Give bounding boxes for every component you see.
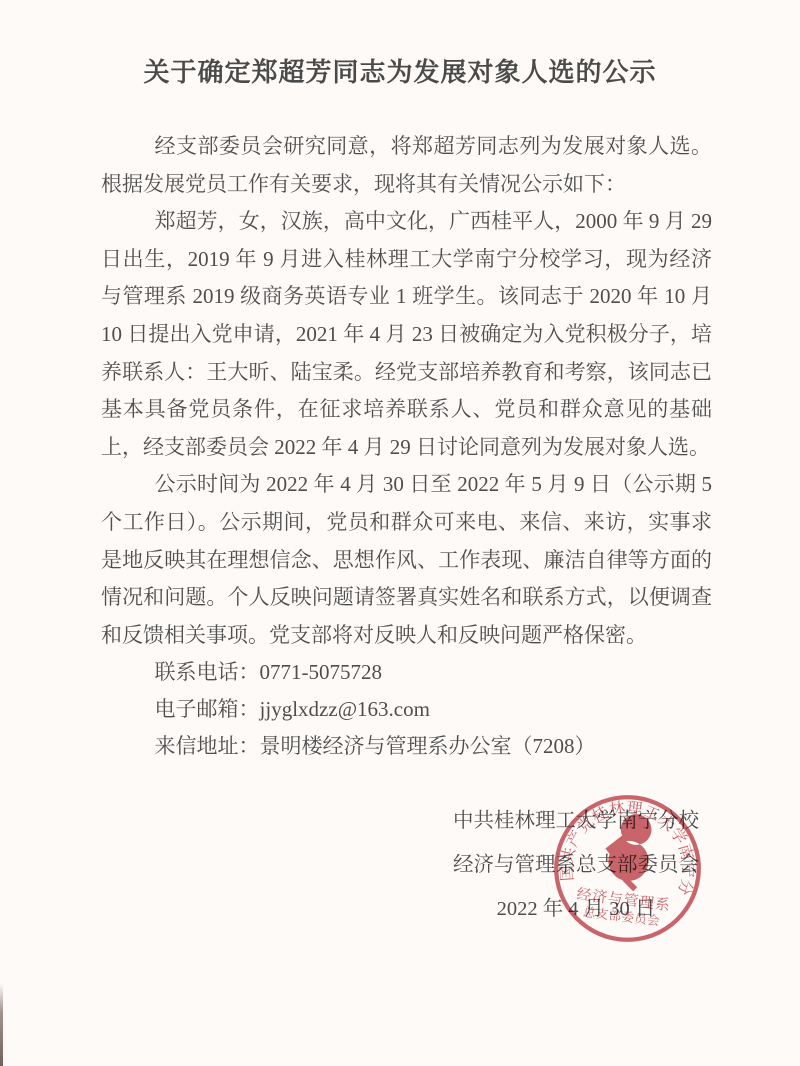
paragraph-publicity-period: 公示时间为 2022 年 4 月 30 日至 2022 年 5 月 9 日（公示… xyxy=(101,466,712,654)
email-value: jjyglxdzz@163.com xyxy=(260,697,430,721)
phone-value: 0771-5075728 xyxy=(260,660,383,684)
paragraph-candidate-info: 郑超芳，女，汉族，高中文化，广西桂平人，2000 年 9 月 29 日出生，20… xyxy=(101,203,712,466)
paragraph-intro: 经支部委员会研究同意，将郑超芳同志列为发展对象人选。根据发展党员工作有关要求，现… xyxy=(101,128,712,203)
document-body: 经支部委员会研究同意，将郑超芳同志列为发展对象人选。根据发展党员工作有关要求，现… xyxy=(101,128,712,764)
address-label: 来信地址： xyxy=(155,734,260,758)
phone-label: 联系电话： xyxy=(155,660,260,684)
email-label: 电子邮箱： xyxy=(155,697,260,721)
signature-block: 中共桂林理工大学南宁分校 经济与管理系总支部委员会 2022 年 4 月 30 … xyxy=(445,799,707,931)
document-page: 关于确定郑超芳同志为发展对象人选的公示 经支部委员会研究同意，将郑超芳同志列为发… xyxy=(0,0,800,1066)
signature-org-line1: 中共桂林理工大学南宁分校 xyxy=(445,799,707,843)
contact-phone-line: 联系电话：0771-5075728 xyxy=(101,654,712,691)
signature-date: 2022 年 4 月 30 日 xyxy=(445,887,707,931)
page-title: 关于确定郑超芳同志为发展对象人选的公示 xyxy=(0,52,800,89)
contact-email-line: 电子邮箱：jjyglxdzz@163.com xyxy=(101,691,712,728)
scan-edge-artifact xyxy=(0,984,3,1066)
contact-address-line: 来信地址：景明楼经济与管理系办公室（7208） xyxy=(101,728,712,765)
address-value: 景明楼经济与管理系办公室（7208） xyxy=(260,734,596,758)
signature-org-line2: 经济与管理系总支部委员会 xyxy=(445,843,707,887)
